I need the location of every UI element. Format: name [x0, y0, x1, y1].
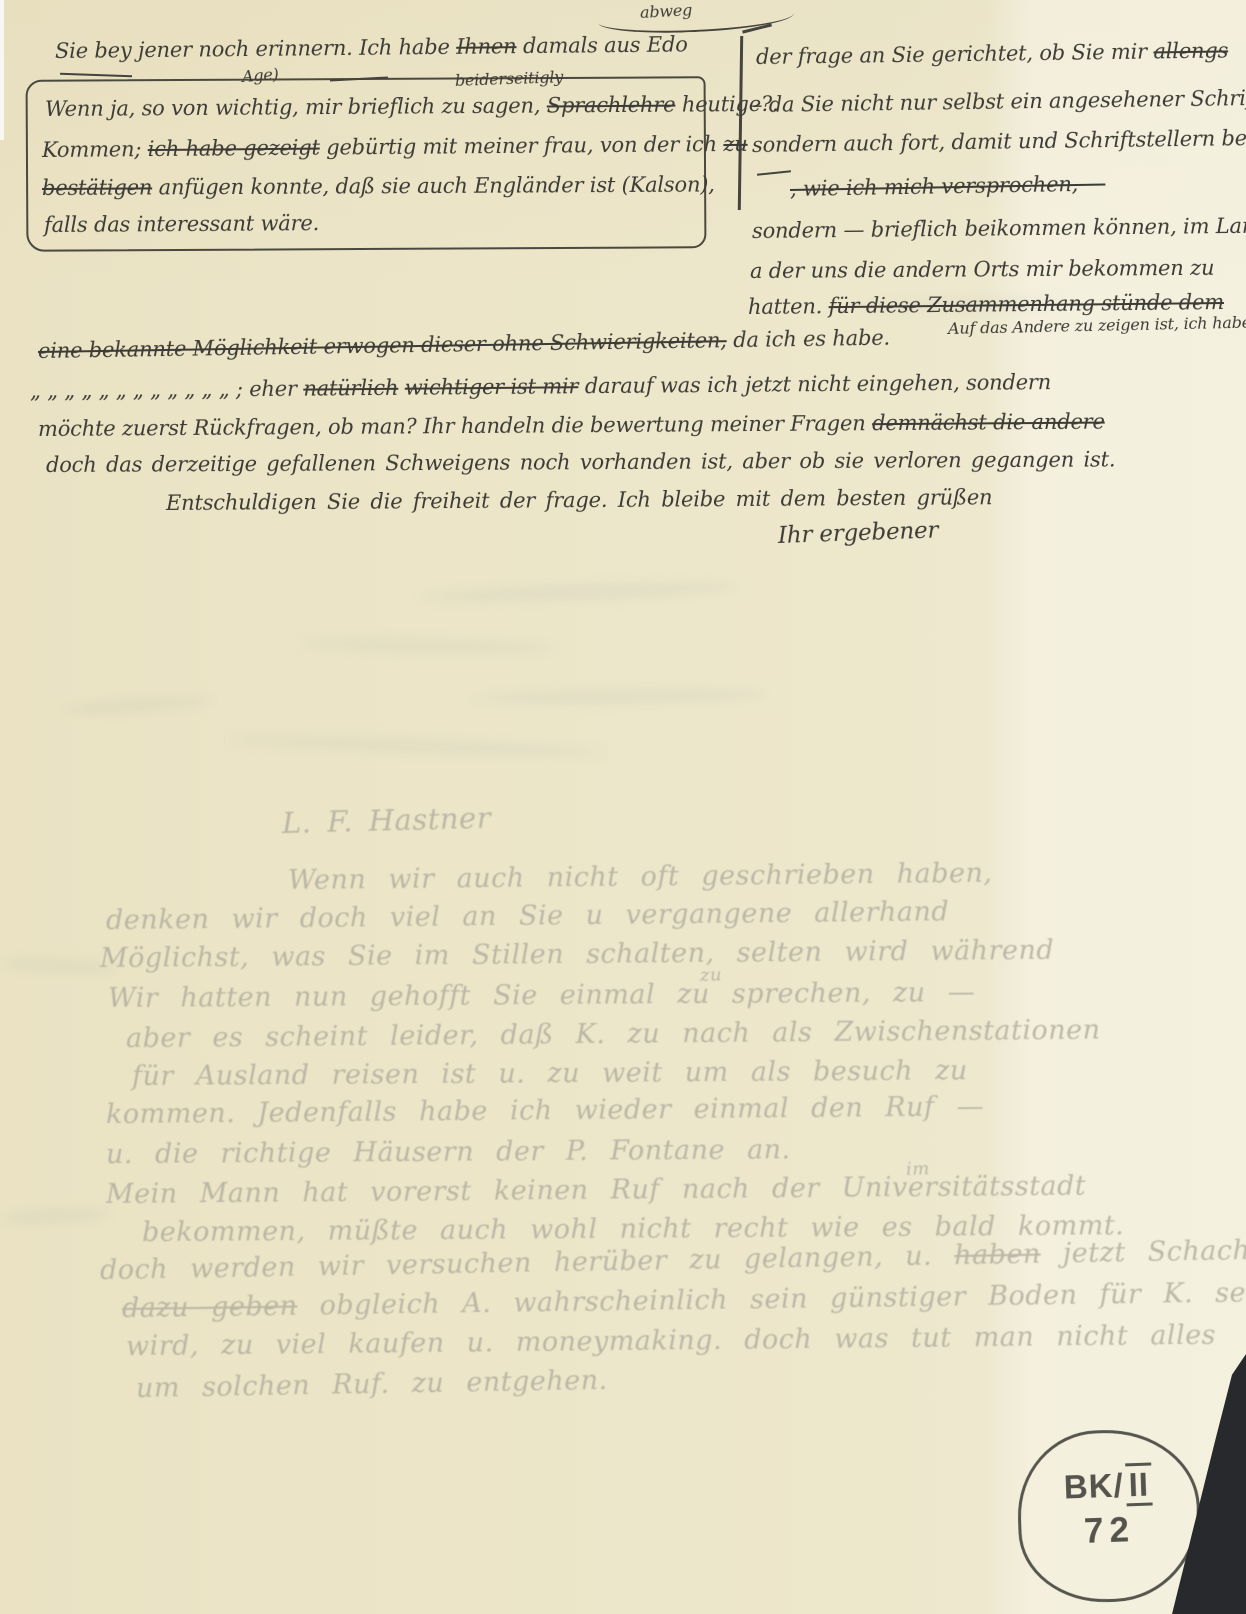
- column-divider-line: [738, 36, 743, 210]
- archive-stamp-number: 72: [1021, 1508, 1198, 1554]
- pencil-line: denken wir doch viel an Sie u vergangene…: [106, 897, 949, 936]
- pencil-line: kommen. Jedenfalls habe ich wieder einma…: [106, 1092, 984, 1129]
- bleed-through-mark: [300, 638, 560, 655]
- pencil-line: Mein Mann hat vorerst keinen Ruf nach de…: [106, 1171, 1087, 1209]
- underline-mark: [60, 73, 132, 78]
- ink-box-line: falls das interessant wäre.: [44, 212, 319, 237]
- archive-stamp-numeral: II: [1125, 1462, 1153, 1506]
- ink-body-line: „ „ „ „ „ „ „ „ „ „ „ „ ; eher natürlich…: [30, 371, 1051, 403]
- bleed-through-mark: [470, 687, 770, 705]
- ink-column-line: sondern auch fort, damit und Schriftstel…: [752, 126, 1246, 157]
- pencil-line: wird, zu viel kaufen u. moneymaking. doc…: [126, 1321, 1216, 1362]
- pencil-line: Wir hatten nun gehofft Sie einmal zu spr…: [108, 978, 975, 1014]
- bleed-through-mark: [230, 733, 610, 758]
- page-edge-sliver: [0, 0, 4, 140]
- manuscript-page: Sie bey jener noch erinnern. Ich habe Ih…: [0, 0, 1246, 1614]
- ink-column-line: , wie ich mich versprochen, —: [790, 172, 1106, 201]
- ink-signature: Ihr ergebener: [778, 518, 939, 549]
- pencil-line: um solchen Ruf. zu entgehen.: [136, 1366, 608, 1404]
- pencil-line: für Ausland reisen ist u. zu weit um als…: [132, 1056, 968, 1092]
- ink-column-line: Auf das Andere zu zeigen ist, ich habe: [948, 314, 1246, 338]
- pencil-line: Möglichst, was Sie im Stillen schalten, …: [100, 936, 1054, 974]
- ink-column-line: – da Sie nicht nur selbst ein angesehene…: [752, 86, 1246, 117]
- ink-interlinear-a: Age): [241, 65, 279, 85]
- ink-insertion-word: abweg: [640, 1, 693, 21]
- ink-body-line: doch das derzeitige gefallenen Schweigen…: [46, 448, 1115, 477]
- bleed-through-mark: [0, 1207, 110, 1225]
- ink-closing-line: Entschuldigen Sie die freiheit der frage…: [166, 486, 993, 515]
- dash-mark: [757, 170, 791, 176]
- ink-column-line: der frage an Sie gerichtet, ob Sie mir a…: [756, 39, 1228, 69]
- archive-stamp: BK/II 72: [1015, 1427, 1203, 1605]
- ink-column-line: sondern — brieflich beikommen können, im…: [752, 214, 1246, 243]
- pencil-line: dazu geben obgleich A. wahrscheinlich se…: [122, 1278, 1246, 1324]
- ink-body-line: eine bekannte Möglichkeit erwogen dieser…: [38, 327, 890, 363]
- bleed-through-mark: [60, 695, 210, 716]
- ink-line-top: Sie bey jener noch erinnern. Ich habe Ih…: [55, 33, 688, 63]
- pencil-line: aber es scheint leider, daß K. zu nach a…: [126, 1015, 1101, 1053]
- archive-stamp-code: BK/II: [1019, 1464, 1196, 1508]
- insertion-mark: [598, 1, 795, 36]
- pencil-line: u. die richtige Häusern der P. Fontane a…: [106, 1135, 791, 1169]
- archive-stamp-prefix: BK/: [1063, 1466, 1124, 1505]
- ink-body-line: möchte zuerst Rückfragen, ob man? Ihr ha…: [38, 411, 1105, 442]
- ink-column-line: a der uns die andern Orts mir bekommen z…: [750, 257, 1214, 283]
- ink-interlinear-b: beiderseitigly: [455, 68, 564, 89]
- ink-box-line: bestätigen anfügen konnte, daß sie auch …: [42, 173, 715, 200]
- pencil-line: Wenn wir auch nicht oft geschrieben habe…: [288, 859, 993, 896]
- pencil-heading: L. F. Hastner: [282, 803, 492, 840]
- scan-light-band: [985, 0, 1246, 1614]
- bleed-through-mark: [420, 579, 740, 604]
